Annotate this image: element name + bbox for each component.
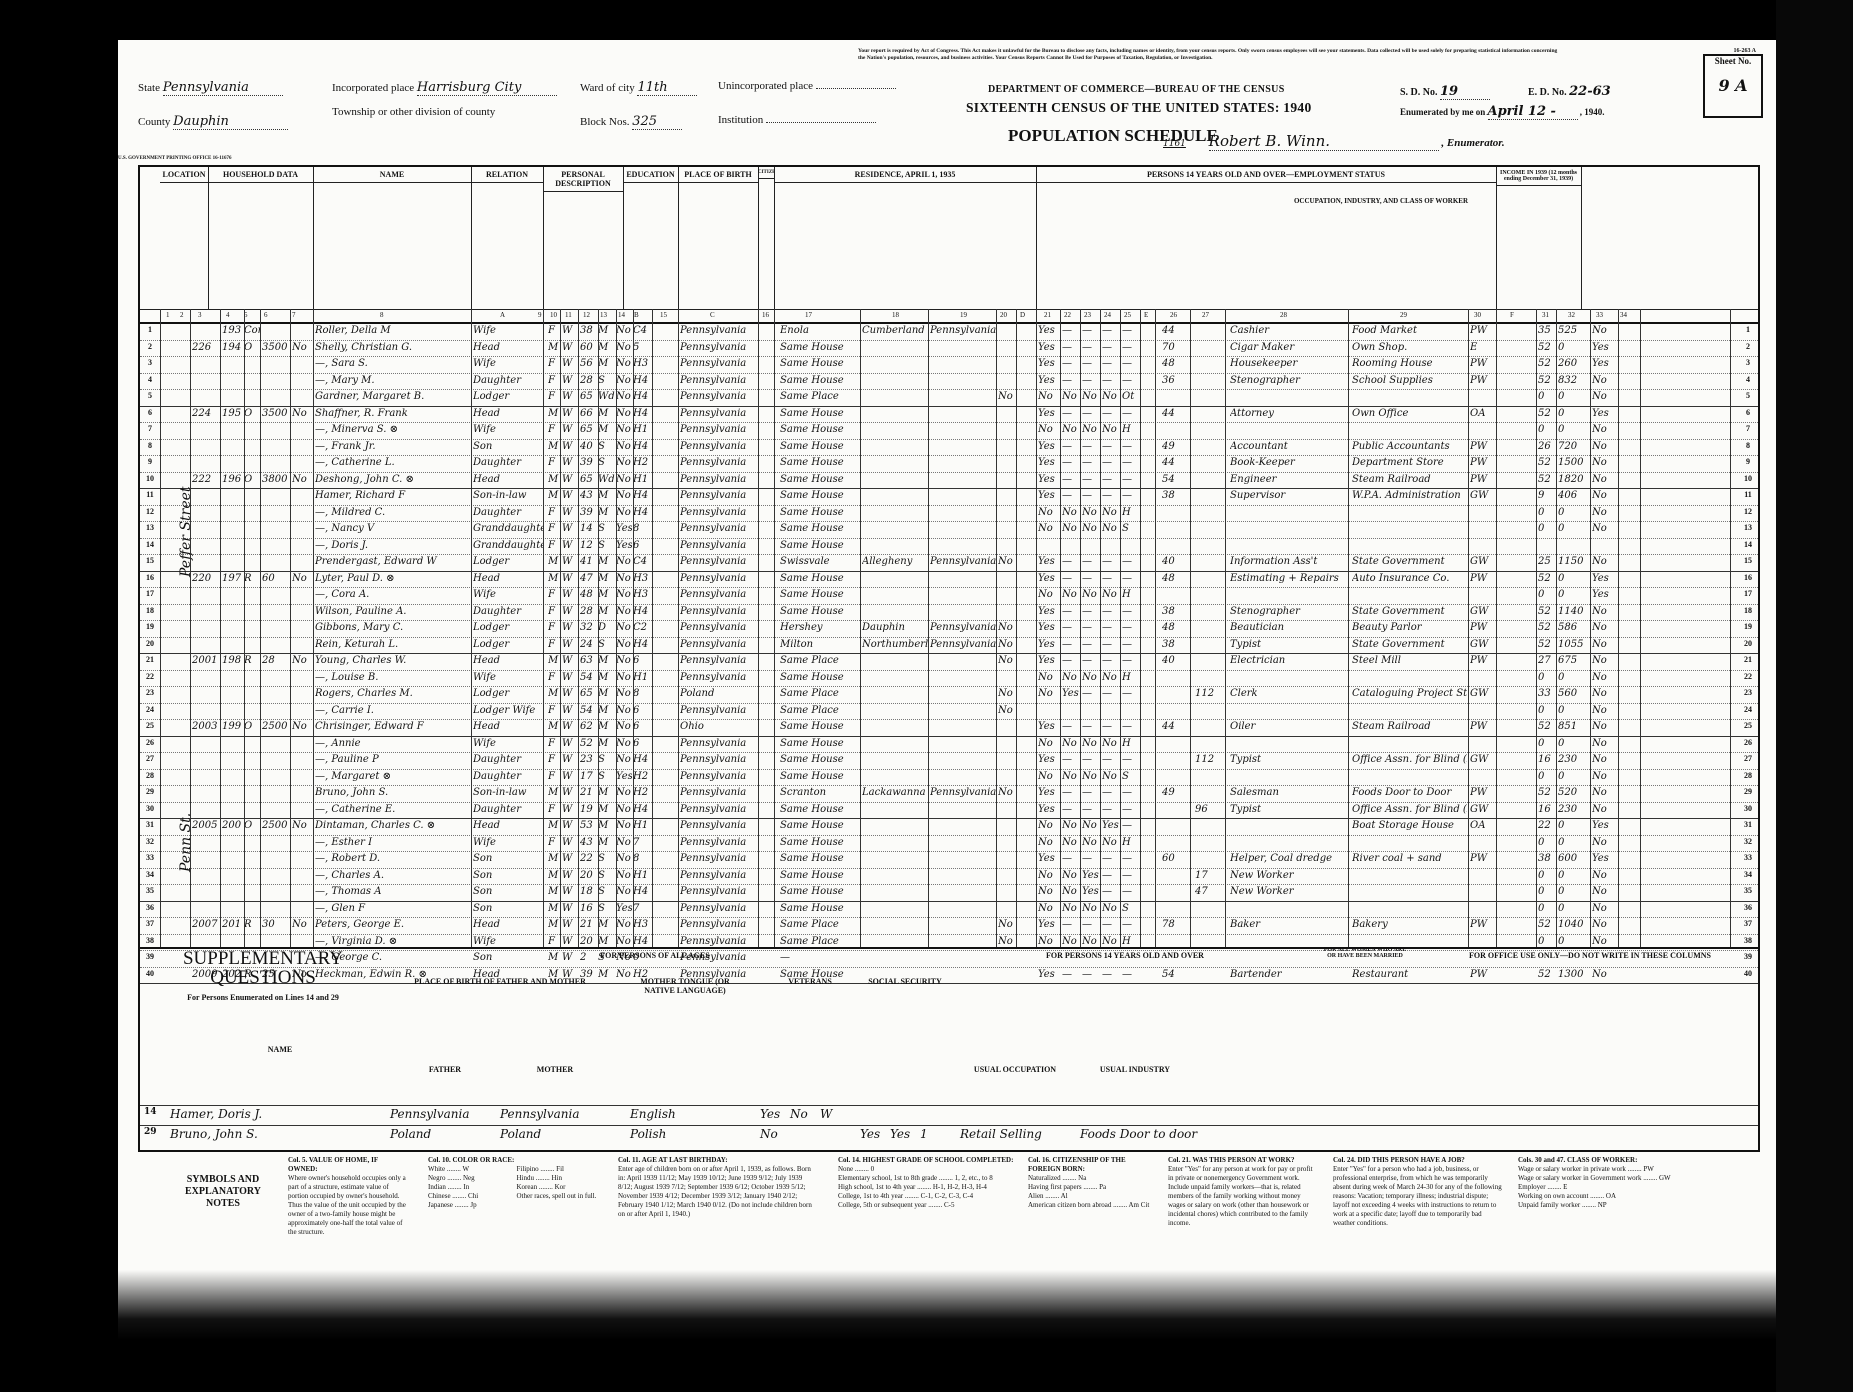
col-group-occupation: OCCUPATION, INDUSTRY, AND CLASS OF WORKE… — [1281, 197, 1481, 205]
cell-c23: No — [1082, 738, 1102, 749]
table-row: 24—, Carrie I.Lodger WifeFW54MNo6Pennsyl… — [140, 704, 1758, 721]
cell-c22: No — [1062, 523, 1082, 534]
cell-race: W — [562, 424, 578, 435]
incorporated-place-field: Incorporated place Harrisburg City — [332, 80, 557, 96]
cell-race: W — [562, 523, 578, 534]
cell-line: 30 — [140, 804, 160, 813]
supplementary-row: 29Bruno, John S.PolandPolandPolishNoYesY… — [140, 1125, 1758, 1144]
cell-line: 15 — [140, 556, 160, 565]
cell-birthplace: Pennsylvania — [680, 903, 758, 914]
note-item: Employer ........ E — [1518, 1183, 1688, 1192]
cell-line-right: 23 — [1738, 688, 1758, 697]
grid-line — [1120, 309, 1121, 947]
group-all-ages: FOR PERSONS OF ALL AGES — [385, 951, 925, 960]
supp-cell-name: Bruno, John S. — [170, 1127, 370, 1141]
cell-line-right: 9 — [1738, 457, 1758, 466]
cell-marital: S — [598, 457, 616, 468]
cell-c23: — — [1082, 639, 1102, 650]
cell-visit: 194 — [222, 342, 244, 353]
cell-relation: Wife — [473, 837, 543, 848]
grid-line — [313, 309, 314, 947]
column-number: 4 — [226, 311, 230, 319]
cell-other-income: No — [1592, 754, 1618, 765]
cell-line: 3 — [140, 358, 160, 367]
cell-other-income: Yes — [1592, 342, 1618, 353]
cell-line-right: 21 — [1738, 655, 1758, 664]
cell-c21: Yes — [1038, 474, 1062, 485]
grid-line — [1016, 309, 1017, 947]
cell-res1935: Same House — [780, 375, 860, 386]
note-col30: Cols. 30 and 47. CLASS OF WORKER:Wage or… — [1518, 1156, 1688, 1210]
cell-res1935: Same House — [780, 490, 860, 501]
cell-industry: Boat Storage House — [1352, 820, 1467, 831]
cell-weeks: 0 — [1538, 589, 1558, 600]
column-number: 17 — [805, 311, 812, 319]
cell-hours: 40 — [1162, 556, 1192, 567]
cell-c23: Yes — [1082, 870, 1102, 881]
table-row: 36—, Glen FSonMW16SYes7PennsylvaniaSame … — [140, 902, 1758, 919]
cell-c25: — — [1122, 688, 1142, 699]
cell-school: No — [616, 358, 632, 369]
supp-cell-line: 29 — [144, 1127, 164, 1137]
cell-grade: 8 — [633, 688, 651, 699]
cell-school: No — [616, 705, 632, 716]
cell-res1935: Hershey — [780, 622, 860, 633]
cell-wages: 230 — [1558, 804, 1592, 815]
cell-res1935: Same House — [780, 424, 860, 435]
cell-c25: — — [1122, 870, 1142, 881]
cell-hours: 49 — [1162, 787, 1192, 798]
cell-grade: 6 — [633, 540, 651, 551]
cell-farm: No — [292, 820, 312, 831]
cell-race: W — [562, 820, 578, 831]
cell-c22: No — [1062, 886, 1082, 897]
cell-c22: No — [1062, 771, 1082, 782]
scan-border-right — [1776, 0, 1853, 1392]
cell-line: 32 — [140, 837, 160, 846]
cell-tenure: R — [244, 919, 260, 930]
cell-occupation: Stenographer — [1230, 606, 1350, 617]
cell-hours: 44 — [1162, 325, 1192, 336]
cell-line-right: 14 — [1738, 540, 1758, 549]
note-item: Elementary school, 1st to 8th grade ....… — [838, 1174, 1018, 1183]
cell-state1935: Pennsylvania — [930, 787, 996, 798]
cell-school: Yes — [616, 523, 632, 534]
table-row: 27—, Pauline PDaughterFW23SNoH4Pennsylva… — [140, 753, 1758, 770]
cell-c21: Yes — [1038, 787, 1062, 798]
ward-field: Ward of city 11th — [580, 80, 697, 96]
grid-line — [244, 309, 245, 947]
cell-relation: Lodger — [473, 391, 543, 402]
cell-school: No — [616, 886, 632, 897]
cell-res1935: Same House — [780, 441, 860, 452]
cell-school: No — [616, 688, 632, 699]
cell-line-right: 17 — [1738, 589, 1758, 598]
cell-age: 32 — [580, 622, 598, 633]
cell-house: 2007 — [192, 919, 220, 930]
col-name: NAME — [230, 1045, 330, 1054]
cell-weeks: 0 — [1538, 391, 1558, 402]
table-row: 34—, Charles A.SonMW20SNoH1PennsylvaniaS… — [140, 869, 1758, 886]
cell-weeks: 16 — [1538, 804, 1558, 815]
cell-birthplace: Pennsylvania — [680, 787, 758, 798]
cell-c22: No — [1062, 391, 1082, 402]
cell-age: 12 — [580, 540, 598, 551]
cell-class: GW — [1470, 490, 1492, 501]
cell-house: 2001 — [192, 655, 220, 666]
cell-c23: No — [1082, 820, 1102, 831]
cell-hours: 44 — [1162, 721, 1192, 732]
cell-weeks: 26 — [1538, 441, 1558, 452]
cell-relation: Head — [473, 919, 543, 930]
cell-industry: Foods Door to Door — [1352, 787, 1467, 798]
supplementary-questions: SUPPLEMENTARY QUESTIONS For Persons Enum… — [138, 945, 1760, 1152]
cell-birthplace: Pennsylvania — [680, 342, 758, 353]
cell-wages: 520 — [1558, 787, 1592, 798]
cell-relation: Wife — [473, 358, 543, 369]
cell-marital: M — [598, 490, 616, 501]
column-number: A — [500, 311, 505, 319]
cell-c23: — — [1082, 556, 1102, 567]
cell-hours: 78 — [1162, 919, 1192, 930]
cell-industry: Bakery — [1352, 919, 1467, 930]
cell-industry: Department Store — [1352, 457, 1467, 468]
cell-hours: 48 — [1162, 622, 1192, 633]
cell-relation: Head — [473, 820, 543, 831]
cell-c24: — — [1102, 457, 1122, 468]
cell-c25: H — [1122, 507, 1142, 518]
supp-cell-ss3: 1 — [920, 1127, 950, 1141]
grid-line — [598, 309, 599, 947]
cell-farm1935: No — [998, 391, 1016, 402]
cell-res1935: Same Place — [780, 919, 860, 930]
table-row: 6224195O3500NoShaffner, R. FrankHeadMW66… — [140, 407, 1758, 424]
table-row: 15Prendergast, Edward WLodgerMW41MNoC4Pe… — [140, 555, 1758, 572]
cell-name: Gardner, Margaret B. — [315, 391, 470, 402]
cell-wages: 0 — [1558, 507, 1592, 518]
cell-farm: No — [292, 919, 312, 930]
cell-line-right: 26 — [1738, 738, 1758, 747]
cell-age: 54 — [580, 705, 598, 716]
cell-unemp: 96 — [1195, 804, 1225, 815]
cell-res1935: Same House — [780, 358, 860, 369]
cell-res1935: Same House — [780, 408, 860, 419]
cell-race: W — [562, 540, 578, 551]
supplementary-row: 14Hamer, Doris J.PennsylvaniaPennsylvani… — [140, 1105, 1758, 1124]
column-number: 8 — [380, 311, 384, 319]
supplementary-title: SUPPLEMENTARY QUESTIONS — [148, 949, 378, 987]
cell-other-income: No — [1592, 457, 1618, 468]
cell-hours: 48 — [1162, 358, 1192, 369]
cell-school: No — [616, 573, 632, 584]
note-item: Chinese ........ Chi — [428, 1192, 510, 1201]
cell-grade: H4 — [633, 606, 651, 617]
col-veterans: VETERANS — [760, 977, 860, 986]
table-row: 20Rein, Keturah L.LodgerFW24SNoH4Pennsyl… — [140, 638, 1758, 655]
cell-industry: W.P.A. Administration — [1352, 490, 1467, 501]
cell-res1935: Same House — [780, 754, 860, 765]
cell-c25: — — [1122, 639, 1142, 650]
cell-school: No — [616, 853, 632, 864]
cell-name: —, Esther I — [315, 837, 470, 848]
cell-c24: — — [1102, 853, 1122, 864]
cell-other-income: No — [1592, 771, 1618, 782]
cell-marital: M — [598, 507, 616, 518]
cell-c23: No — [1082, 523, 1102, 534]
cell-relation: Son — [473, 853, 543, 864]
cell-name: —, Doris J. — [315, 540, 470, 551]
cell-c21: No — [1038, 738, 1062, 749]
cell-race: W — [562, 622, 578, 633]
state-field: State Pennsylvania — [138, 80, 283, 96]
cell-race: W — [562, 837, 578, 848]
cell-wages: 0 — [1558, 589, 1592, 600]
cell-grade: H4 — [633, 886, 651, 897]
cell-line-right: 15 — [1738, 556, 1758, 565]
column-number: E — [1144, 311, 1148, 319]
cell-c23: — — [1082, 606, 1102, 617]
column-number: 30 — [1474, 311, 1481, 319]
cell-tenure: R — [244, 655, 260, 666]
note-item: Filipino ........ Fil — [517, 1165, 599, 1174]
cell-line: 33 — [140, 853, 160, 862]
cell-grade: H3 — [633, 919, 651, 930]
cell-weeks: 35 — [1538, 325, 1558, 336]
cell-race: W — [562, 573, 578, 584]
cell-age: 17 — [580, 771, 598, 782]
cell-marital: M — [598, 589, 616, 600]
cell-industry: Rooming House — [1352, 358, 1467, 369]
cell-marital: M — [598, 688, 616, 699]
cell-c25: — — [1122, 721, 1142, 732]
cell-c23: No — [1082, 507, 1102, 518]
cell-line-right: 8 — [1738, 441, 1758, 450]
grid-line — [1140, 309, 1141, 947]
cell-age: 24 — [580, 639, 598, 650]
cell-other-income: No — [1592, 837, 1618, 848]
cell-line: 18 — [140, 606, 160, 615]
cell-grade: H4 — [633, 639, 651, 650]
cell-hours: 54 — [1162, 474, 1192, 485]
grid-line — [1556, 309, 1557, 947]
supp-cell-father: Pennsylvania — [390, 1107, 500, 1121]
cell-c24: No — [1102, 523, 1122, 534]
cell-race: W — [562, 556, 578, 567]
cell-c25: — — [1122, 853, 1142, 864]
cell-line: 27 — [140, 754, 160, 763]
cell-hours: 38 — [1162, 490, 1192, 501]
column-number: 29 — [1400, 311, 1407, 319]
cell-line: 26 — [140, 738, 160, 747]
supp-cell-father: Poland — [390, 1127, 500, 1141]
department-title: DEPARTMENT OF COMMERCE—BUREAU OF THE CEN… — [988, 84, 1285, 95]
cell-c24: No — [1102, 589, 1122, 600]
cell-class: PW — [1470, 655, 1492, 666]
cell-birthplace: Pennsylvania — [680, 672, 758, 683]
cell-house: 222 — [192, 474, 220, 485]
cell-marital: M — [598, 573, 616, 584]
table-row: 32—, Esther IWifeFW43MNo7PennsylvaniaSam… — [140, 836, 1758, 853]
group-office-use: FOR OFFICE USE ONLY—DO NOT WRITE IN THES… — [1430, 951, 1750, 960]
table-row: 372007201R30NoPeters, George E.HeadMW21M… — [140, 918, 1758, 935]
cell-grade: H4 — [633, 408, 651, 419]
cell-birthplace: Pennsylvania — [680, 556, 758, 567]
cell-county1935: Lackawanna — [862, 787, 928, 798]
cell-class: PW — [1470, 441, 1492, 452]
cell-res1935: Same Place — [780, 655, 860, 666]
cell-weeks: 25 — [1538, 556, 1558, 567]
cell-school: Yes — [616, 771, 632, 782]
cell-weeks: 52 — [1538, 457, 1558, 468]
cell-weeks: 52 — [1538, 358, 1558, 369]
cell-c24: — — [1102, 490, 1122, 501]
grid-line — [1730, 309, 1731, 947]
note-item: College, 1st to 4th year ........ C-1, C… — [838, 1192, 1018, 1201]
cell-marital: M — [598, 672, 616, 683]
cell-grade: H1 — [633, 820, 651, 831]
cell-visit: 199 — [222, 721, 244, 732]
cell-c24: — — [1102, 441, 1122, 452]
cell-name: Chrisinger, Edward F — [315, 721, 470, 732]
cell-relation: Wife — [473, 672, 543, 683]
cell-age: 16 — [580, 903, 598, 914]
cell-industry: School Supplies — [1352, 375, 1467, 386]
street-name-peffer: Peffer Street — [178, 486, 194, 577]
cell-c21: Yes — [1038, 754, 1062, 765]
cell-c22: — — [1062, 556, 1082, 567]
note-col14: Col. 14. HIGHEST GRADE OF SCHOOL COMPLET… — [838, 1156, 1018, 1210]
cell-grade: 5 — [633, 342, 651, 353]
cell-farm: No — [292, 721, 312, 732]
col-group-income: INCOME IN 1939 (12 months ending Decembe… — [1496, 167, 1582, 309]
cell-other-income: Yes — [1592, 589, 1618, 600]
cell-house: 2003 — [192, 721, 220, 732]
cell-relation: Lodger — [473, 556, 543, 567]
cell-relation: Lodger — [473, 688, 543, 699]
cell-c22: — — [1062, 655, 1082, 666]
cell-age: 47 — [580, 573, 598, 584]
cell-birthplace: Pennsylvania — [680, 870, 758, 881]
cell-c24: Yes — [1102, 820, 1122, 831]
cell-birthplace: Pennsylvania — [680, 837, 758, 848]
cell-county1935: Dauphin — [862, 622, 928, 633]
cell-line: 29 — [140, 787, 160, 796]
cell-line: 36 — [140, 903, 160, 912]
cell-c21: No — [1038, 837, 1062, 848]
cell-school: No — [616, 787, 632, 798]
cell-c22: — — [1062, 754, 1082, 765]
table-row: 312005200O2500NoDintaman, Charles C. ⊗He… — [140, 819, 1758, 836]
cell-c25: S — [1122, 523, 1142, 534]
column-number: 22 — [1064, 311, 1071, 319]
cell-other-income: No — [1592, 606, 1618, 617]
cell-school: No — [616, 375, 632, 386]
cell-c24: — — [1102, 721, 1122, 732]
cell-line-right: 22 — [1738, 672, 1758, 681]
note-item: Naturalized ........ Na — [1028, 1174, 1158, 1183]
cell-weeks: 52 — [1538, 408, 1558, 419]
cell-c22: No — [1062, 903, 1082, 914]
cell-name: —, Catherine L. — [315, 457, 470, 468]
cell-age: 65 — [580, 391, 598, 402]
cell-wages: 0 — [1558, 523, 1592, 534]
cell-c24: — — [1102, 325, 1122, 336]
cell-birthplace: Pennsylvania — [680, 573, 758, 584]
cell-industry: Cataloguing Project State Library — [1352, 688, 1467, 699]
table-row: 30—, Catherine E.DaughterFW19MNoH4Pennsy… — [140, 803, 1758, 820]
cell-line: 7 — [140, 424, 160, 433]
cell-other-income: No — [1592, 556, 1618, 567]
cell-c24: — — [1102, 886, 1122, 897]
cell-tenure: Contd — [244, 325, 260, 336]
cell-line: 22 — [140, 672, 160, 681]
cell-visit: 195 — [222, 408, 244, 419]
cell-age: 52 — [580, 738, 598, 749]
table-row: 22—, Louise B.WifeFW54MNoH1PennsylvaniaS… — [140, 671, 1758, 688]
grid-line — [1060, 309, 1061, 947]
cell-name: —, Mildred C. — [315, 507, 470, 518]
grid-line — [758, 309, 759, 947]
cell-value: 28 — [262, 655, 290, 666]
group-women-married: FOR ALL WOMEN WHO ARE OR HAVE BEEN MARRI… — [1320, 947, 1410, 959]
cell-weeks: 52 — [1538, 342, 1558, 353]
cell-other-income: No — [1592, 507, 1618, 518]
supp-cell-tongue: Polish — [630, 1127, 740, 1141]
cell-line: 12 — [140, 507, 160, 516]
cell-other-income: Yes — [1592, 408, 1618, 419]
cell-class: OA — [1470, 408, 1492, 419]
cell-age: 39 — [580, 507, 598, 518]
cell-hours: 70 — [1162, 342, 1192, 353]
cell-grade: 6 — [633, 721, 651, 732]
cell-wages: 851 — [1558, 721, 1592, 732]
cell-relation: Head — [473, 655, 543, 666]
cell-grade: H4 — [633, 391, 651, 402]
grid-line — [1036, 309, 1037, 947]
cell-farm1935: No — [998, 919, 1016, 930]
cell-c22: — — [1062, 804, 1082, 815]
cell-age: 23 — [580, 754, 598, 765]
cell-c24: — — [1102, 573, 1122, 584]
cell-county1935: Northumberland — [862, 639, 928, 650]
cell-grade: 7 — [633, 903, 651, 914]
cell-school: No — [616, 672, 632, 683]
cell-line: 11 — [140, 490, 160, 499]
cell-marital: S — [598, 639, 616, 650]
cell-class: PW — [1470, 358, 1492, 369]
cell-line-right: 30 — [1738, 804, 1758, 813]
cell-c23: — — [1082, 853, 1102, 864]
cell-res1935: Same House — [780, 721, 860, 732]
cell-value: 3500 — [262, 408, 290, 419]
cell-grade: H3 — [633, 573, 651, 584]
grid-line — [774, 309, 775, 947]
cell-line-right: 36 — [1738, 903, 1758, 912]
cell-c21: No — [1038, 870, 1062, 881]
cell-weeks: 52 — [1538, 721, 1558, 732]
cell-c25: S — [1122, 903, 1142, 914]
cell-res1935: Swissvale — [780, 556, 860, 567]
cell-industry: Auto Insurance Co. — [1352, 573, 1467, 584]
column-number: 15 — [660, 311, 667, 319]
cell-county1935: Cumberland — [862, 325, 928, 336]
cell-other-income: No — [1592, 721, 1618, 732]
cell-line-right: 5 — [1738, 391, 1758, 400]
column-number: 1 — [166, 311, 170, 319]
cell-c24: — — [1102, 408, 1122, 419]
cell-c22: — — [1062, 919, 1082, 930]
cell-c22: — — [1062, 457, 1082, 468]
